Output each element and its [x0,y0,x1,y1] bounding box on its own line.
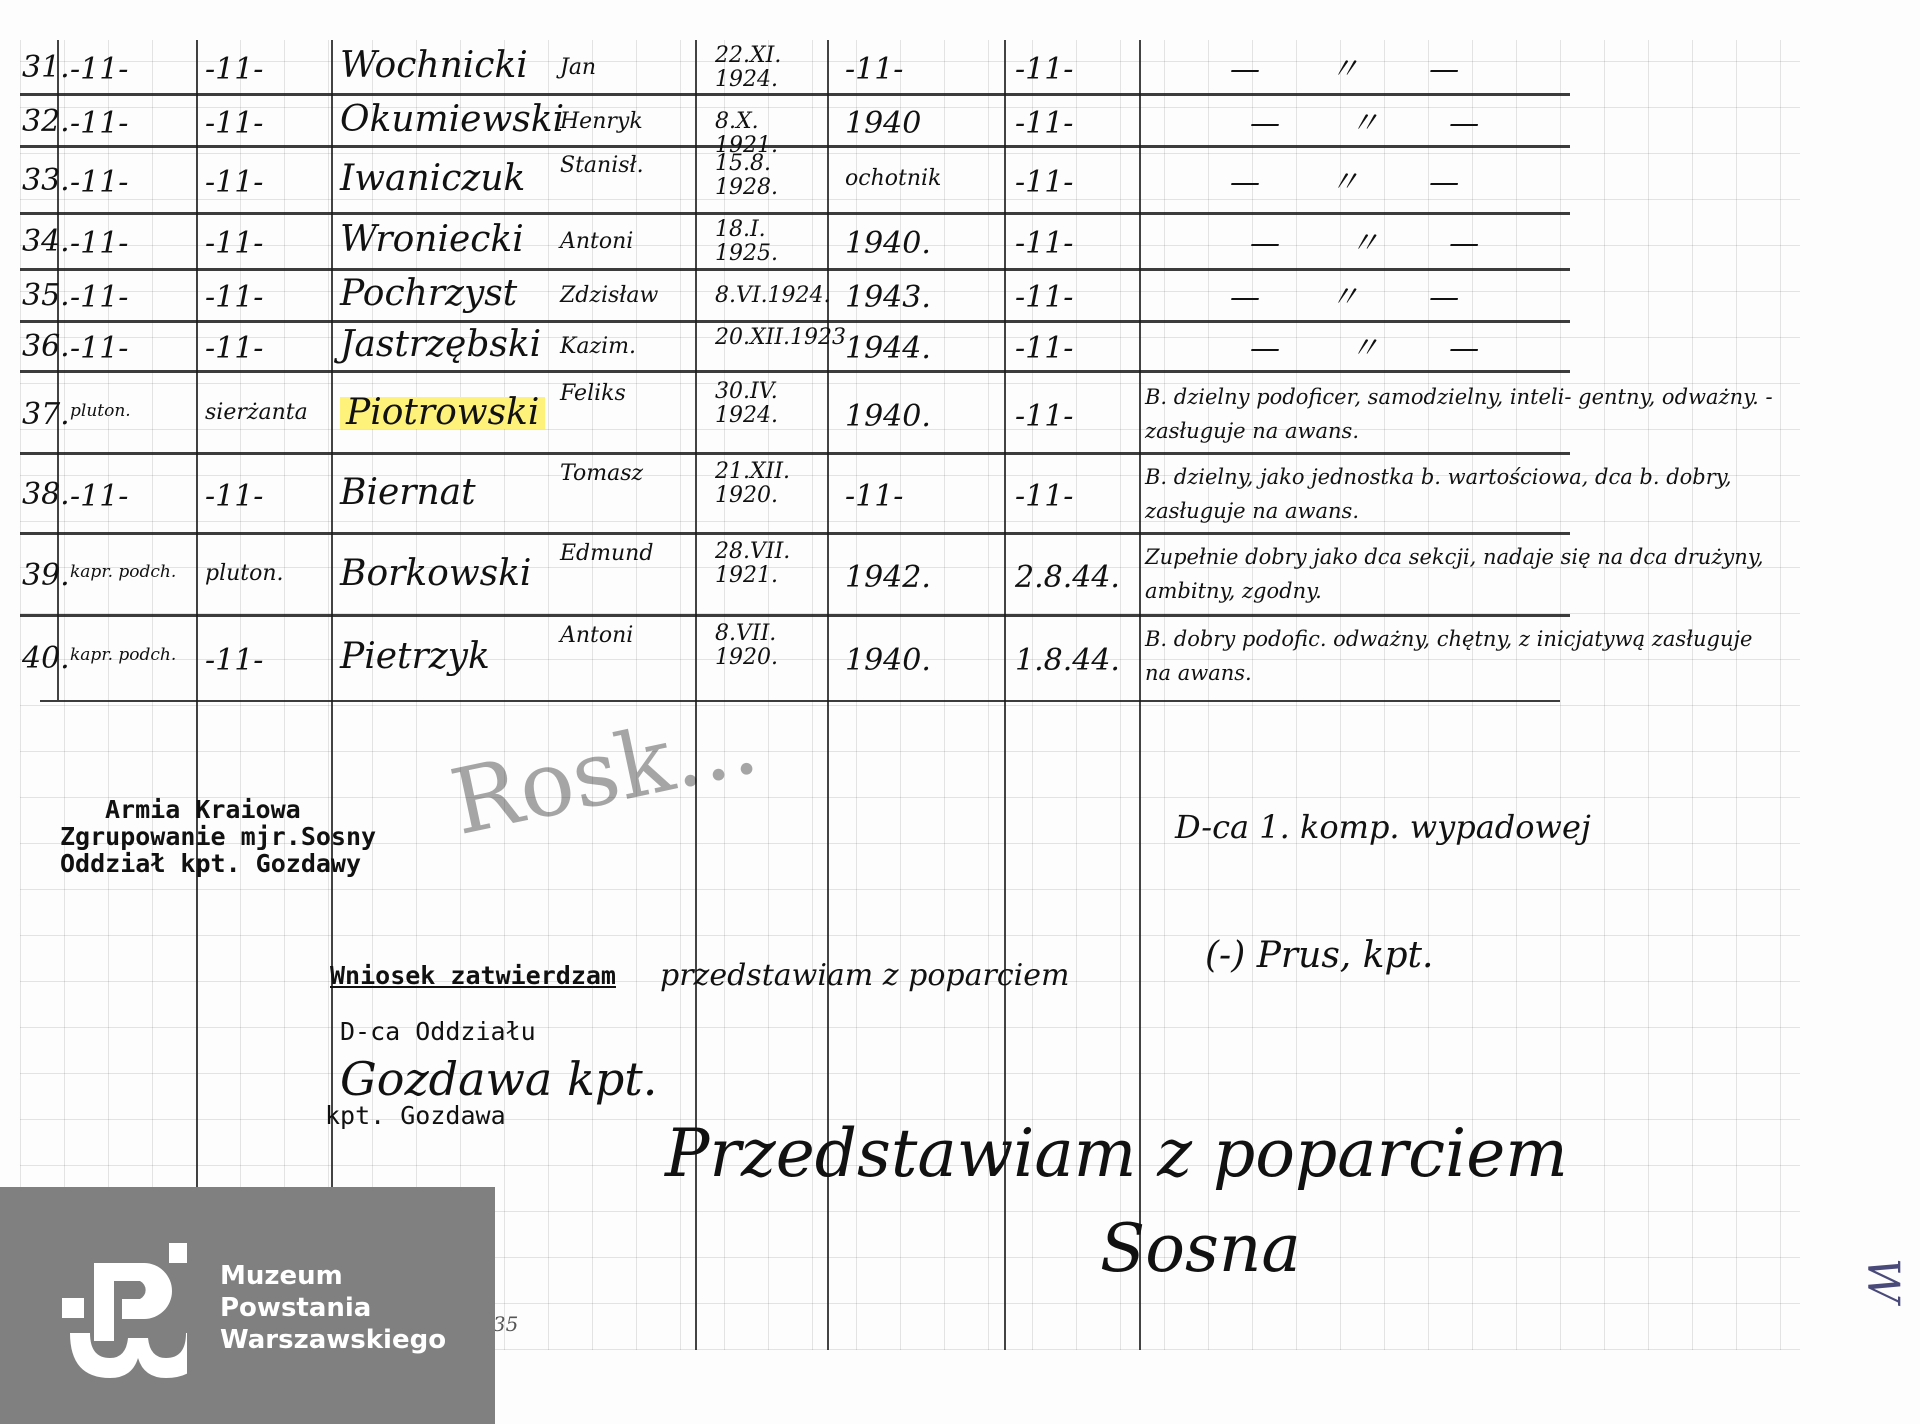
rank-cell: -11- [70,282,128,314]
first-name-cell: Antoni [560,230,633,254]
service-since-cell: 1940. [845,228,931,260]
uprising-date-cell: 2.8.44. [1015,562,1120,594]
uprising-date-cell: 1.8.44. [1015,645,1120,677]
approval-typed-text: Wniosek zatwierdzam [330,962,616,989]
uprising-date-cell: -11- [1015,167,1073,199]
function-cell: -11- [205,167,263,199]
uprising-date-cell: -11- [1015,333,1073,365]
company-commander-signature: (-) Prus, kpt. [1205,935,1433,976]
unit-header-line2: Zgrupowanie mjr.Sosny [60,823,376,850]
remarks-cell: B. dobry podofic. odważny, chętny, z ini… [1145,622,1785,690]
row-rule [40,700,1560,702]
function-cell: -11- [205,54,263,86]
service-since-cell: 1944. [845,333,931,365]
row-number: 39. [22,560,70,592]
uprising-date-cell: -11- [1015,228,1073,260]
rank-cell: pluton. [70,401,180,421]
remarks-cell: B. dzielny podoficer, samodzielny, intel… [1145,380,1785,448]
row-rule [20,212,1570,215]
row-number: 31. [22,52,70,84]
large-signature-line1: Przedstawiam z poparciem [665,1115,1568,1192]
first-name-cell: Zdzisław [560,284,658,308]
surname-cell: Wroniecki [340,224,524,256]
row-number: 33. [22,165,70,197]
birth-date-cell: 21.XII. 1920. [715,460,825,508]
document-scan: 31.-11--11-WochnickiJan22.XI. 1924.-11--… [0,0,1920,1424]
row-number: 37. [22,399,70,431]
surname-cell: Biernat [340,477,476,509]
column-rule [196,40,198,1350]
approval-handwritten-note: przedstawiam z poparciem [660,958,1069,993]
row-rule [20,532,1570,535]
function-cell: -11- [205,282,263,314]
function-cell: -11- [205,333,263,365]
row-number: 35. [22,280,70,312]
birth-date-cell: 8.VI.1924. [715,284,825,308]
museum-name-line2: Powstania [220,1292,446,1324]
function-cell: sierżanta [205,401,308,425]
service-since-cell: -11- [845,54,903,86]
birth-date-cell: 28.VII. 1921. [715,540,825,588]
approval-role: D-ca Oddziału [340,1018,536,1045]
row-rule [20,452,1570,455]
row-number: 36. [22,331,70,363]
uprising-date-cell: -11- [1015,108,1073,140]
birth-date-cell: 8.VII. 1920. [715,622,825,670]
service-since-cell: ochotnik [845,167,941,191]
remarks-cell: — 〃 — [1230,54,1489,86]
surname-cell: Borkowski [340,558,531,590]
remarks-cell: — 〃 — [1230,167,1489,199]
unit-header-line3: Oddział kpt. Gozdawy [60,850,361,877]
surname-cell: Jastrzębski [340,329,541,361]
surname-cell: Iwaniczuk [340,163,525,195]
approval-signature: Gozdawa kpt. [340,1052,657,1106]
row-rule [20,614,1570,617]
unit-header-line1: Armia Kraiowa [105,796,301,823]
birth-date-cell: 18.I. 1925. [715,218,825,266]
service-since-cell: 1940. [845,401,931,433]
rank-cell: kapr. podch. [70,645,180,665]
first-name-cell: Henryk [560,110,643,134]
first-name-cell: Jan [560,56,596,80]
approval-name: kpt. Gozdawa [325,1102,506,1129]
museum-name: Muzeum Powstania Warszawskiego [220,1260,446,1356]
service-since-cell: 1942. [845,562,931,594]
rank-cell: -11- [70,228,128,260]
function-cell: pluton. [205,562,284,586]
remarks-cell: — 〃 — [1230,282,1489,314]
museum-name-line3: Warszawskiego [220,1324,446,1356]
first-name-cell: Kazim. [560,335,636,359]
service-since-cell: -11- [845,481,903,513]
uprising-date-cell: -11- [1015,401,1073,433]
first-name-cell: Tomasz [560,462,643,486]
function-cell: -11- [205,108,263,140]
rank-cell: -11- [70,167,128,199]
large-signature-line2: Sosna [1100,1210,1301,1287]
surname-cell: Pietrzyk [340,641,490,673]
first-name-cell: Stanisł. [560,154,644,178]
first-name-cell: Edmund [560,542,653,566]
row-number: 38. [22,479,70,511]
rank-cell: kapr. podch. [70,562,180,582]
rank-cell: -11- [70,108,128,140]
remarks-cell: — 〃 — [1250,228,1509,260]
surname-cell: Pochrzyst [340,278,517,310]
service-since-cell: 1940 [845,108,921,140]
column-rule [331,40,333,1350]
service-since-cell: 1943. [845,282,931,314]
surname-cell: Wochnicki [340,50,528,82]
row-number: 34. [22,226,70,258]
surname-cell-highlighted: Piotrowski [340,397,545,429]
row-number: 32. [22,106,70,138]
rank-cell: -11- [70,481,128,513]
first-name-cell: Feliks [560,382,626,406]
row-rule [20,93,1570,96]
museum-watermark: Muzeum Powstania Warszawskiego [0,1187,495,1424]
remarks-cell: Zupełnie dobry jako dca sekcji, nadaje s… [1145,540,1785,608]
birth-date-cell: 30.IV. 1924. [715,380,825,428]
function-cell: -11- [205,481,263,513]
rank-cell: -11- [70,333,128,365]
margin-mark: W [1857,1258,1908,1303]
remarks-cell: — 〃 — [1250,108,1509,140]
row-rule [20,370,1570,373]
museum-name-line1: Muzeum [220,1260,446,1292]
remarks-cell: — 〃 — [1250,333,1509,365]
company-commander-note: D-ca 1. komp. wypadowej [1175,808,1591,846]
uprising-date-cell: -11- [1015,481,1073,513]
service-since-cell: 1940. [845,645,931,677]
rank-cell: -11- [70,54,128,86]
remarks-cell: B. dzielny, jako jednostka b. wartościow… [1145,460,1785,528]
uprising-date-cell: -11- [1015,282,1073,314]
row-number: 40. [22,643,70,675]
row-rule [20,320,1570,323]
row-rule [20,268,1570,271]
function-cell: -11- [205,645,263,677]
surname-cell: Okumiewski [340,104,564,136]
birth-date-cell: 20.XII.1923 [715,326,825,350]
kotwica-anchor-icon [62,1243,187,1378]
birth-date-cell: 15.8. 1928. [715,152,825,200]
birth-date-cell: 22.XI. 1924. [715,44,825,92]
uprising-date-cell: -11- [1015,54,1073,86]
first-name-cell: Antoni [560,624,633,648]
function-cell: -11- [205,228,263,260]
